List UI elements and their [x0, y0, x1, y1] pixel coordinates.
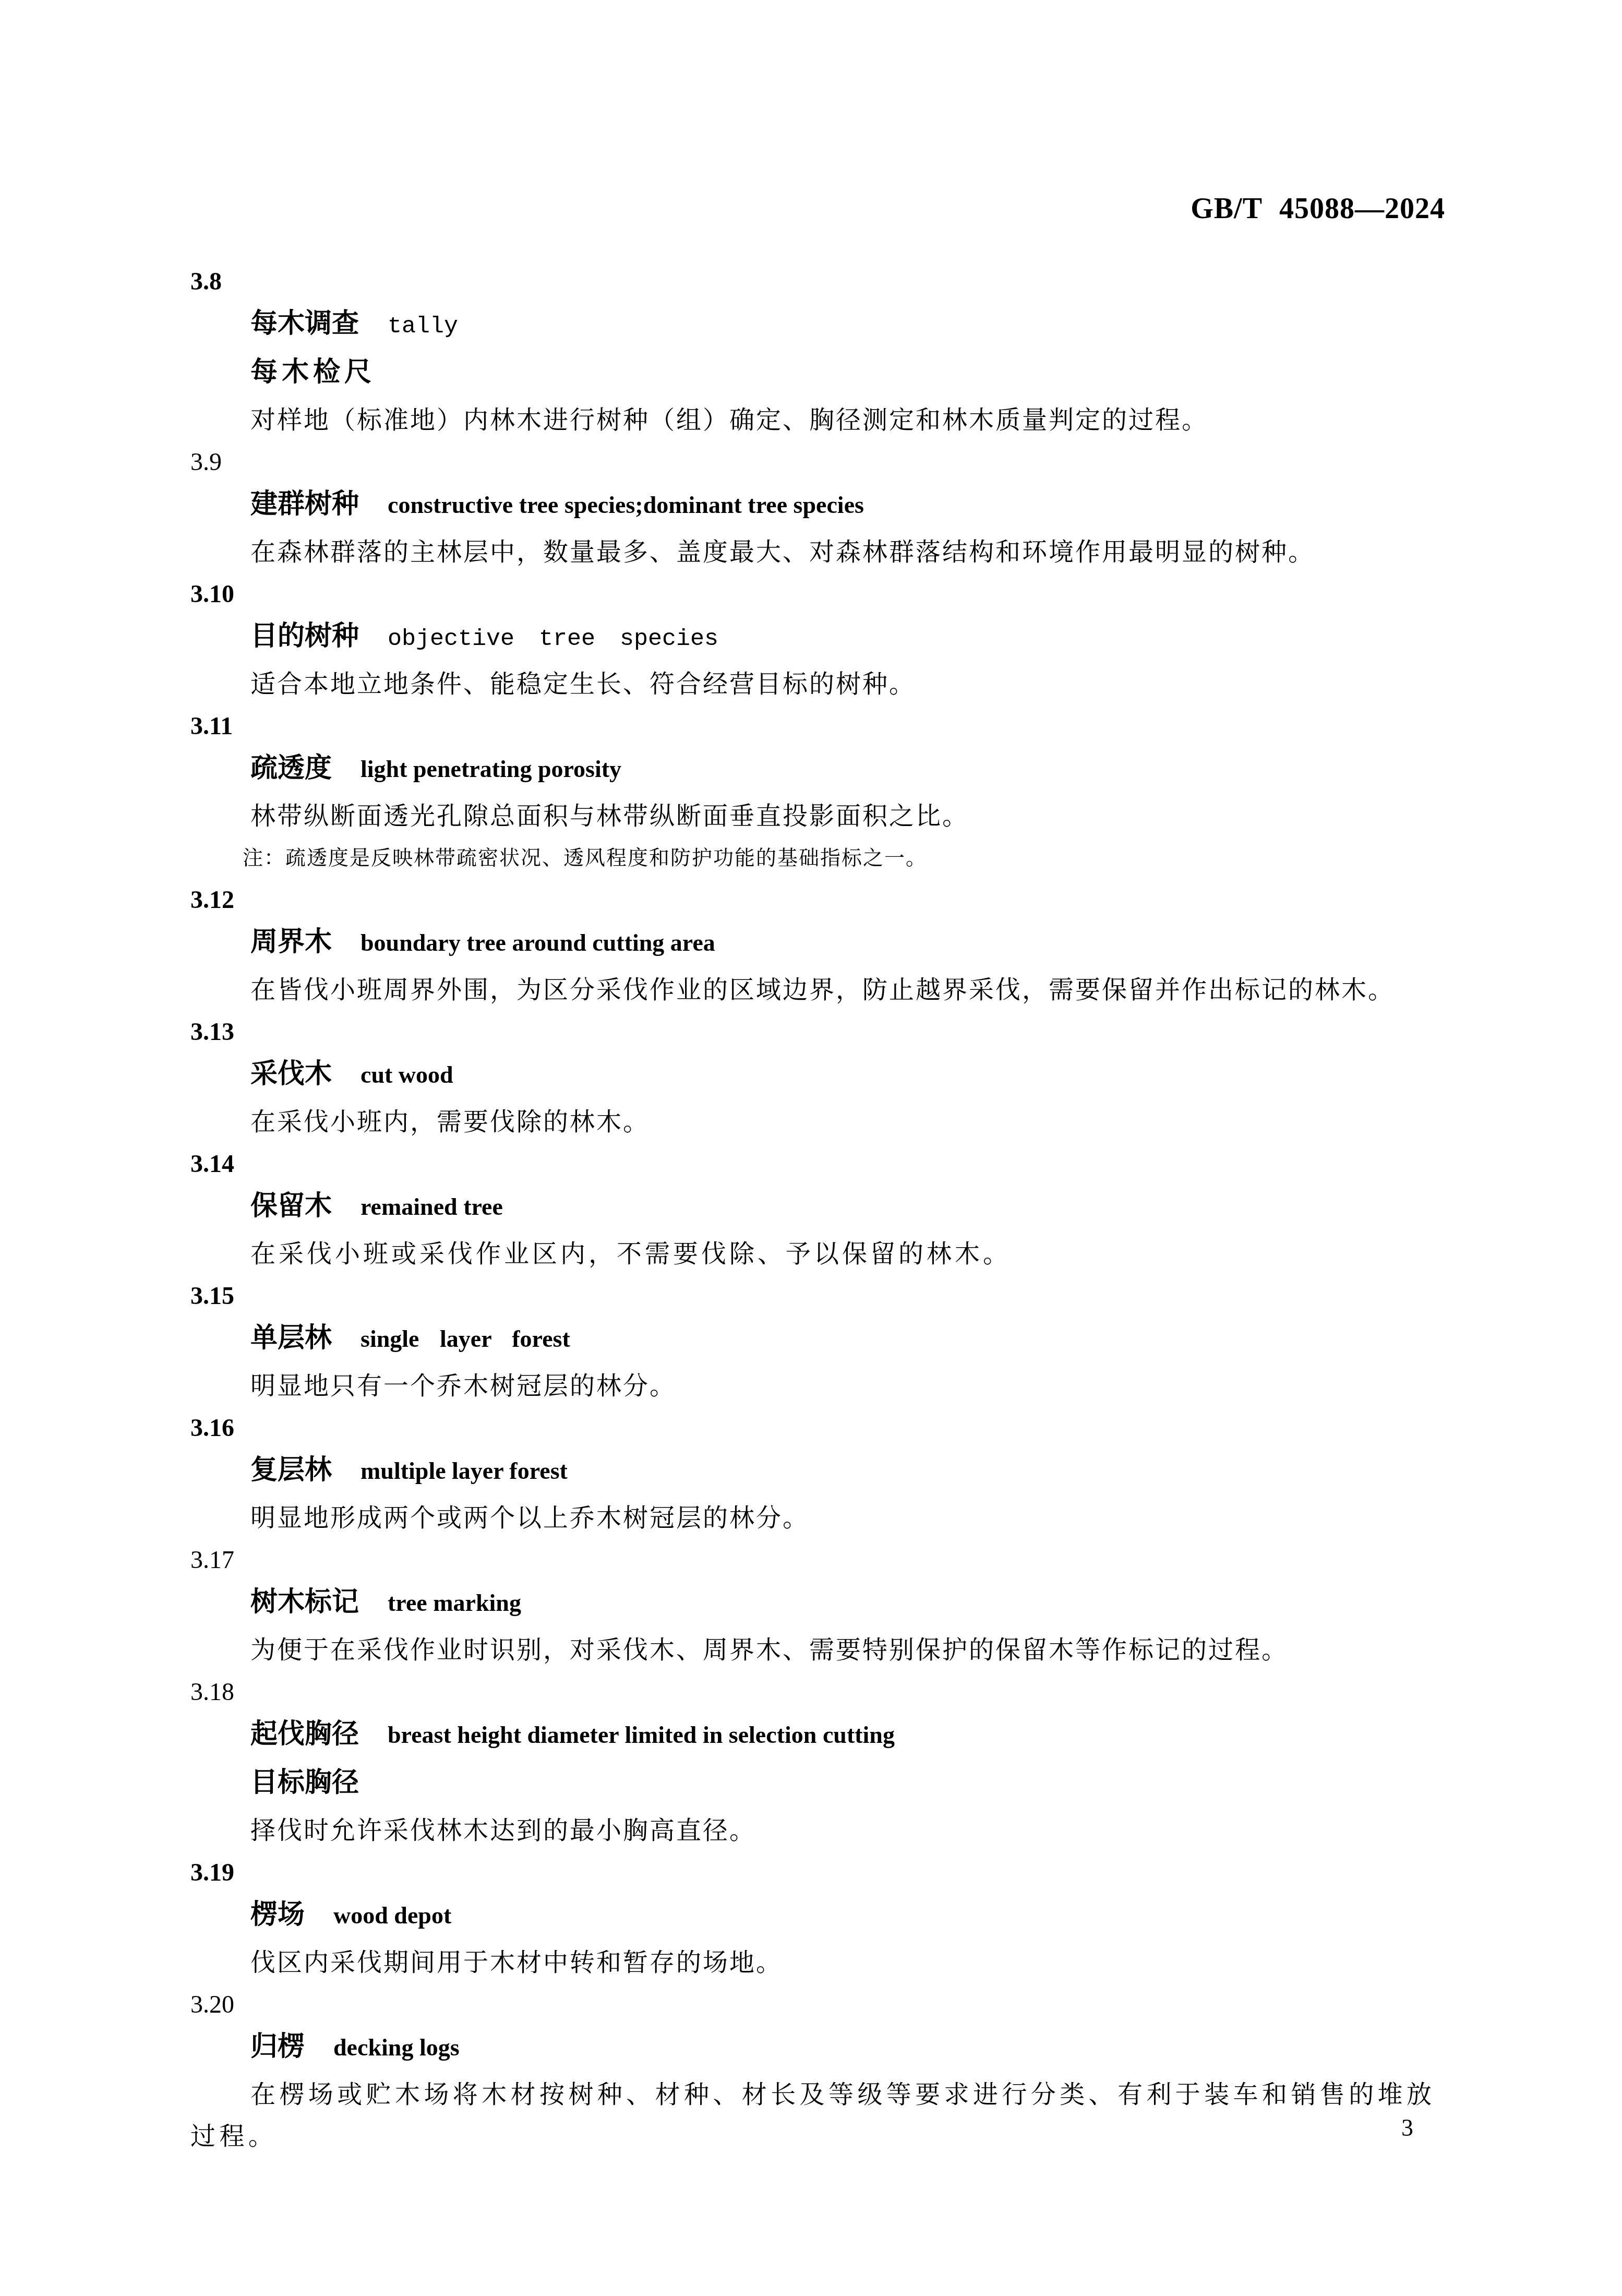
- term-line: 单层林single layer forest: [190, 1317, 1445, 1366]
- term-english: remained tree: [361, 1193, 503, 1220]
- term-english: tree marking: [388, 1589, 521, 1616]
- document-page: GB/T 45088—2024 3.8 每木调查tally 每木检尺 对样地（标…: [0, 0, 1622, 2296]
- term-definition: 在皆伐小班周界外围，为区分采伐作业的区域边界，防止越界采伐，需要保留并作出标记的…: [190, 970, 1445, 1011]
- term-line: 树木标记tree marking: [190, 1581, 1445, 1630]
- term-section-3-17: 3.17 树木标记tree marking 为便于在采伐作业时识别，对采伐木、周…: [190, 1539, 1445, 1671]
- section-number: 3.20: [190, 1984, 1445, 2026]
- section-number: 3.12: [190, 879, 1445, 921]
- term-definition: 伐区内采伐期间用于木材中转和暂存的场地。: [190, 1942, 1445, 1984]
- term-section-3-13: 3.13 采伐木cut wood 在采伐小班内，需要伐除的林木。: [190, 1011, 1445, 1143]
- term-definition: 择伐时允许采伐林木达到的最小胸高直径。: [190, 1810, 1445, 1852]
- term-english: boundary tree around cutting area: [361, 929, 715, 956]
- term-section-3-9: 3.9 建群树种constructive tree species;domina…: [190, 441, 1445, 573]
- term-definition: 明显地形成两个或两个以上乔木树冠层的林分。: [190, 1498, 1445, 1539]
- term-english: wood depot: [333, 1902, 451, 1929]
- term-line-synonym: 每木检尺: [190, 351, 1445, 400]
- standard-code-header: GB/T 45088—2024: [0, 193, 1445, 224]
- term-line-synonym: 目标胸径: [190, 1762, 1445, 1810]
- section-number: 3.14: [190, 1143, 1445, 1185]
- term-definition: 为便于在采伐作业时识别，对采伐木、周界木、需要特别保护的保留木等作标记的过程。: [190, 1630, 1445, 1671]
- term-note: 注：疏透度是反映林带疏密状况、透风程度和防护功能的基础指标之一。: [243, 838, 1445, 879]
- term-section-3-18: 3.18 起伐胸径breast height diameter limited …: [190, 1671, 1445, 1852]
- term-section-3-19: 3.19 楞场wood depot 伐区内采伐期间用于木材中转和暂存的场地。: [190, 1852, 1445, 1984]
- term-definition: 在楞场或贮木场将木材按树种、材种、材长及等级等要求进行分类、有利于装车和销售的堆…: [190, 2074, 1445, 2158]
- term-english: cut wood: [361, 1061, 453, 1088]
- section-number: 3.19: [190, 1852, 1445, 1894]
- term-line: 复层林multiple layer forest: [190, 1449, 1445, 1498]
- term-line: 每木调查tally: [190, 303, 1445, 351]
- term-line: 归楞decking logs: [190, 2026, 1445, 2074]
- term-line: 保留木remained tree: [190, 1185, 1445, 1234]
- term-definition: 在采伐小班内，需要伐除的林木。: [190, 1102, 1445, 1143]
- term-english: constructive tree species;dominant tree …: [388, 492, 864, 518]
- term-definition: 在采伐小班或采伐作业区内，不需要伐除、予以保留的林木。: [190, 1234, 1445, 1275]
- section-number: 3.18: [190, 1671, 1445, 1713]
- term-section-3-11: 3.11 疏透度light penetrating porosity 林带纵断面…: [190, 705, 1445, 879]
- section-number: 3.10: [190, 573, 1445, 615]
- term-definition: 在森林群落的主林层中，数量最多、盖度最大、对森林群落结构和环境作用最明显的树种。: [190, 532, 1445, 573]
- term-chinese: 每木调查: [250, 308, 359, 339]
- term-english: light penetrating porosity: [361, 756, 621, 782]
- section-number: 3.8: [190, 261, 1445, 303]
- term-chinese: 保留木: [250, 1191, 332, 1221]
- term-line: 周界木boundary tree around cutting area: [190, 921, 1445, 970]
- term-section-3-8: 3.8 每木调查tally 每木检尺 对样地（标准地）内林木进行树种（组）确定、…: [190, 261, 1445, 441]
- term-english: multiple layer forest: [361, 1457, 568, 1484]
- term-chinese: 复层林: [250, 1455, 332, 1485]
- term-english: decking logs: [333, 2034, 460, 2061]
- term-line: 楞场wood depot: [190, 1894, 1445, 1942]
- term-chinese-synonym: 目标胸径: [250, 1767, 359, 1798]
- term-chinese: 疏透度: [250, 753, 332, 783]
- section-number: 3.11: [190, 705, 1445, 747]
- term-english: tally: [388, 313, 458, 340]
- term-line: 疏透度light penetrating porosity: [190, 747, 1445, 796]
- section-number: 3.13: [190, 1011, 1445, 1053]
- term-line: 起伐胸径breast height diameter limited in se…: [190, 1713, 1445, 1762]
- term-section-3-20: 3.20 归楞decking logs 在楞场或贮木场将木材按树种、材种、材长及…: [190, 1984, 1445, 2158]
- term-english: single layer forest: [361, 1325, 570, 1352]
- term-section-3-15: 3.15 单层林single layer forest 明显地只有一个乔木树冠层…: [190, 1275, 1445, 1407]
- term-section-3-12: 3.12 周界木boundary tree around cutting are…: [190, 879, 1445, 1011]
- term-definition: 适合本地立地条件、能稳定生长、符合经营目标的树种。: [190, 664, 1445, 705]
- section-number: 3.17: [190, 1539, 1445, 1581]
- term-section-3-16: 3.16 复层林multiple layer forest 明显地形成两个或两个…: [190, 1407, 1445, 1539]
- term-chinese: 目的树种: [250, 621, 359, 651]
- term-chinese-synonym: 每木检尺: [250, 357, 376, 387]
- term-chinese: 建群树种: [250, 489, 359, 519]
- term-chinese: 树木标记: [250, 1587, 359, 1617]
- section-number: 3.16: [190, 1407, 1445, 1449]
- term-english: objective tree species: [388, 626, 718, 652]
- term-definition: 林带纵断面透光孔隙总面积与林带纵断面垂直投影面积之比。: [190, 796, 1445, 838]
- section-number: 3.15: [190, 1275, 1445, 1317]
- term-chinese: 起伐胸径: [250, 1719, 359, 1749]
- term-line: 目的树种objective tree species: [190, 615, 1445, 664]
- term-definition: 明显地只有一个乔木树冠层的林分。: [190, 1366, 1445, 1407]
- term-english: breast height diameter limited in select…: [388, 1721, 895, 1748]
- term-chinese: 周界木: [250, 927, 332, 957]
- term-definition: 对样地（标准地）内林木进行树种（组）确定、胸径测定和林木质量判定的过程。: [190, 400, 1445, 441]
- term-chinese: 采伐木: [250, 1059, 332, 1089]
- term-line: 采伐木cut wood: [190, 1053, 1445, 1102]
- term-section-3-10: 3.10 目的树种objective tree species 适合本地立地条件…: [190, 573, 1445, 705]
- page-number: 3: [1401, 2112, 1413, 2144]
- term-chinese: 楞场: [250, 1899, 305, 1930]
- section-number: 3.9: [190, 441, 1445, 483]
- term-line: 建群树种constructive tree species;dominant t…: [190, 483, 1445, 532]
- term-section-3-14: 3.14 保留木remained tree 在采伐小班或采伐作业区内，不需要伐除…: [190, 1143, 1445, 1275]
- term-chinese: 归楞: [250, 2031, 305, 2062]
- terms-content: 3.8 每木调查tally 每木检尺 对样地（标准地）内林木进行树种（组）确定、…: [190, 261, 1445, 2158]
- term-chinese: 单层林: [250, 1323, 332, 1353]
